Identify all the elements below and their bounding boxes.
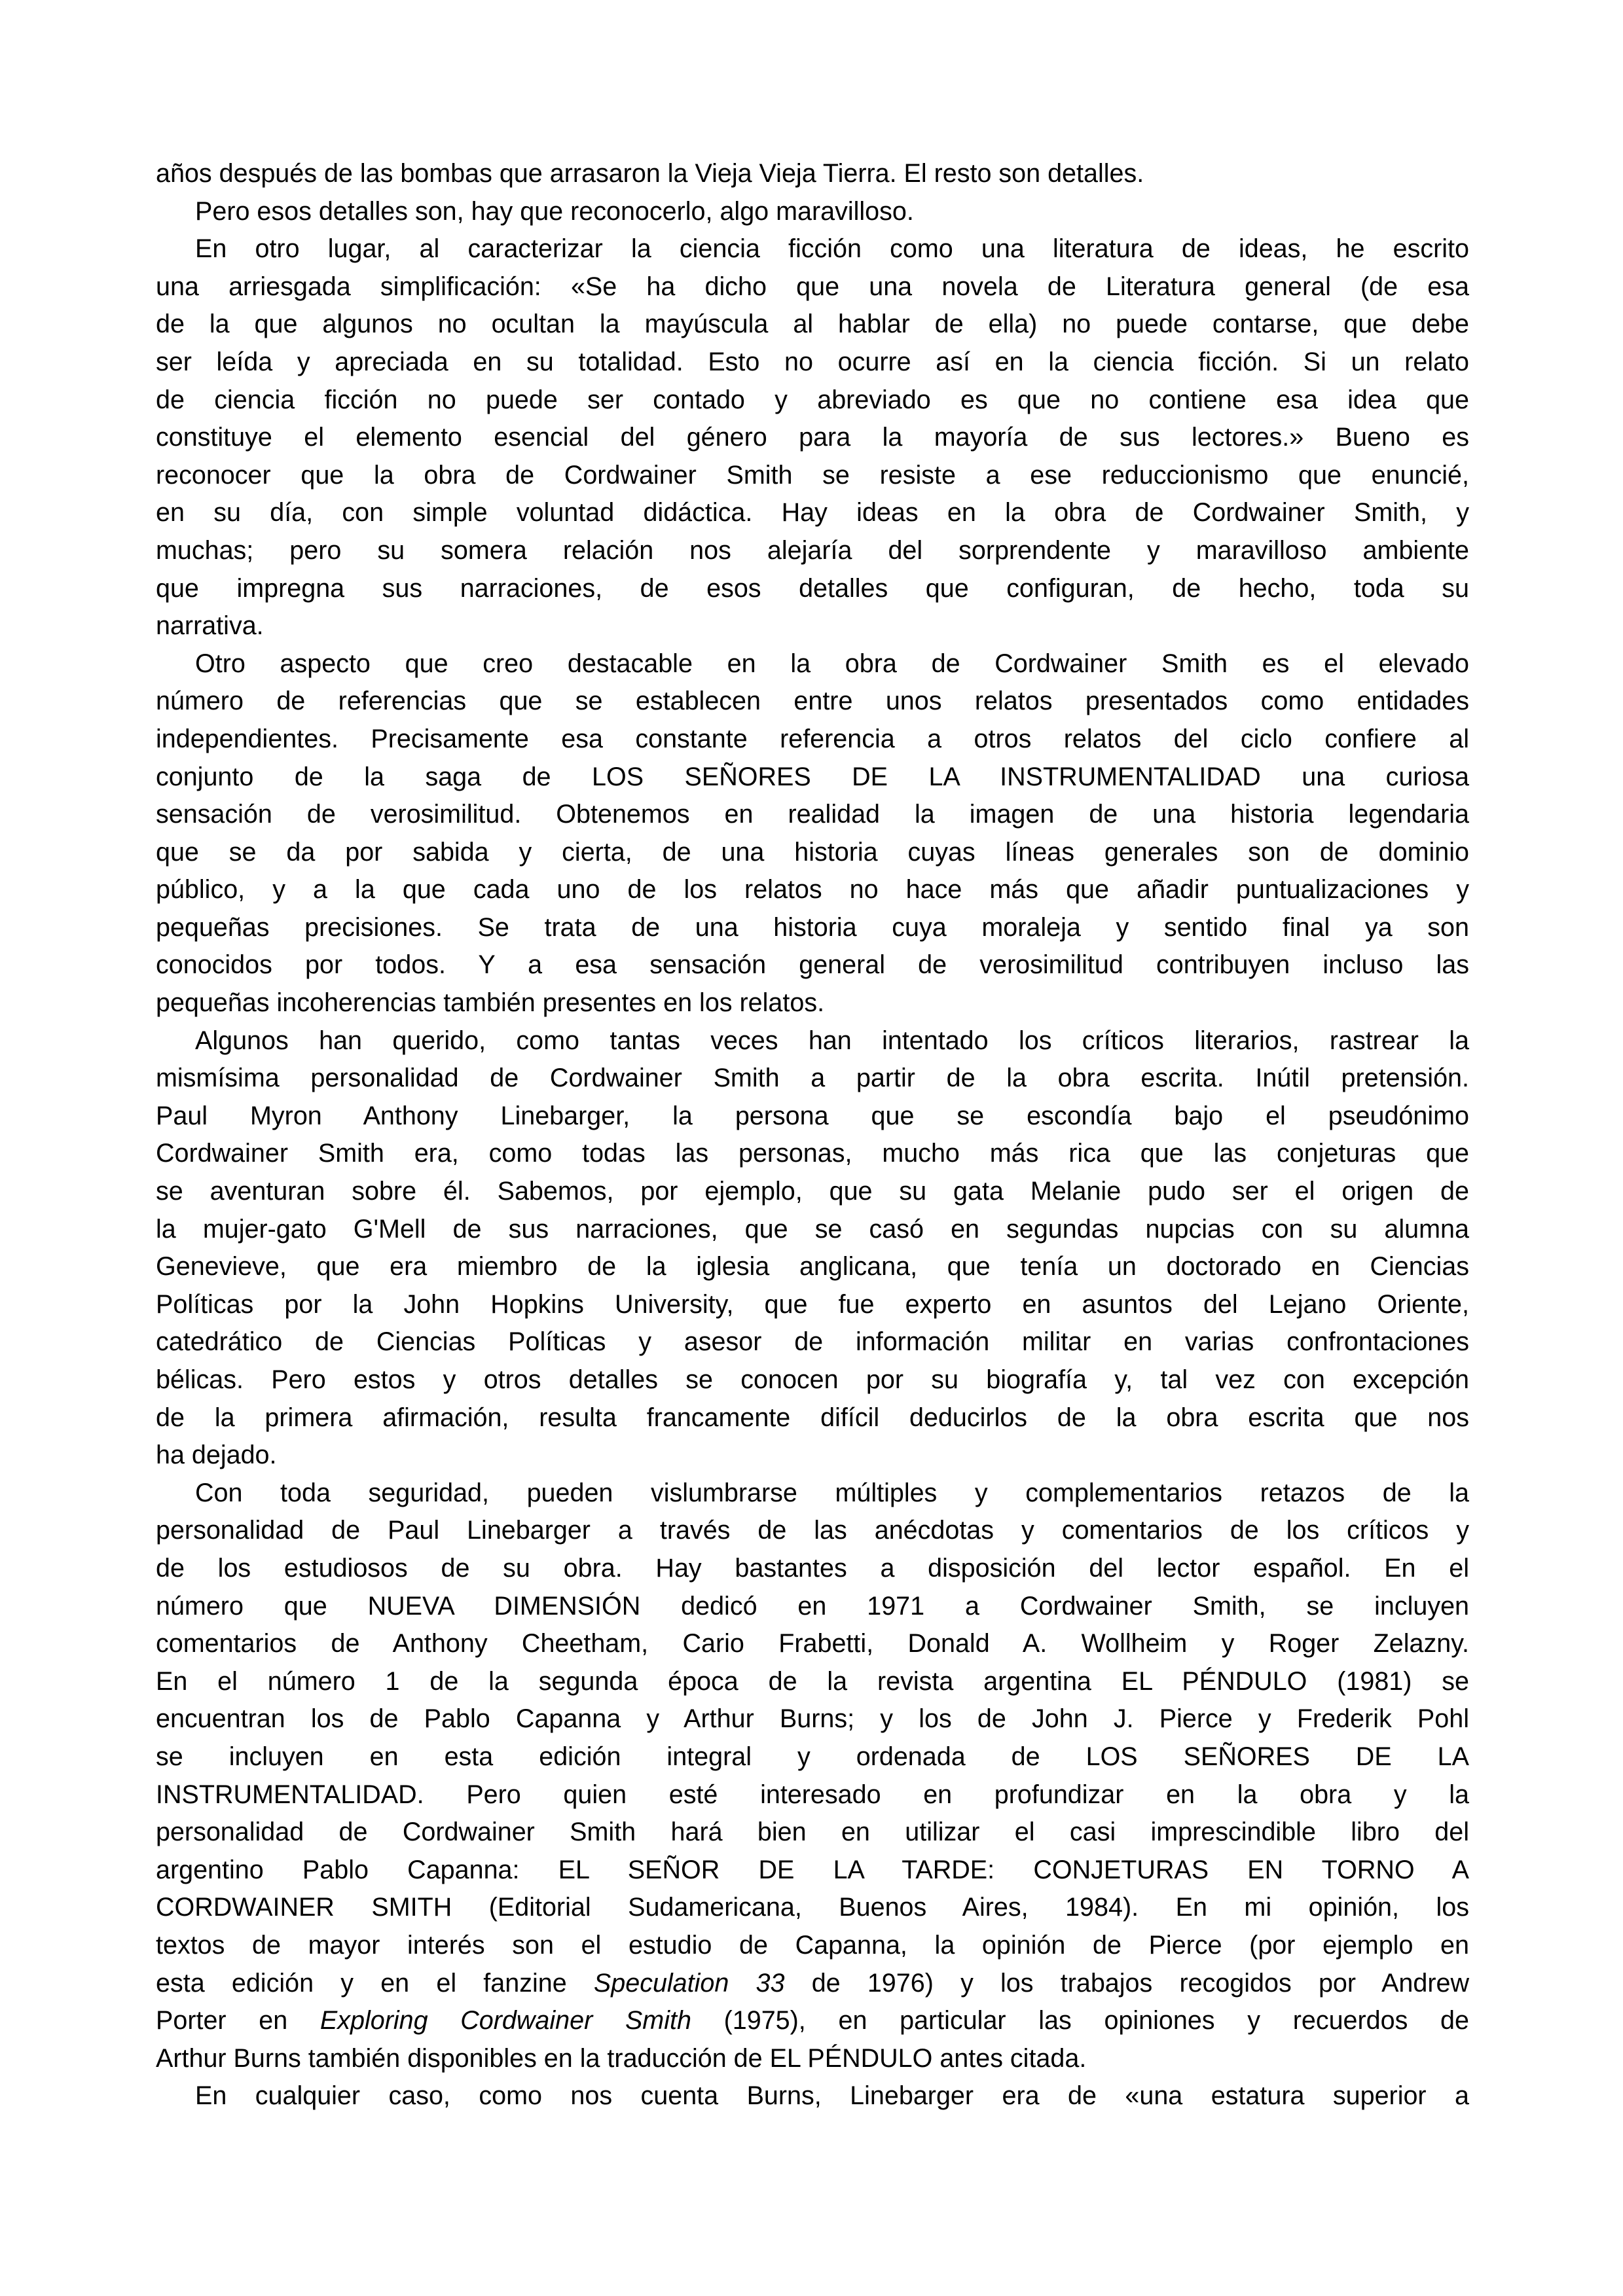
italic-title: Exploring Cordwainer Smith xyxy=(320,2006,691,2035)
text-line: textos de mayor interés son el estudio d… xyxy=(156,1927,1469,1965)
text-segment: Con toda seguridad, pueden vislumbrarse … xyxy=(195,1479,1469,1507)
text-segment: En el número 1 de la segunda época de la… xyxy=(156,1667,1469,1696)
text-line: en su día, con simple voluntad didáctica… xyxy=(156,494,1469,532)
text-line: de los estudiosos de su obra. Hay bastan… xyxy=(156,1550,1469,1588)
text-line: bélicas. Pero estos y otros detalles se … xyxy=(156,1361,1469,1399)
text-line: ser leída y apreciada en su totalidad. E… xyxy=(156,344,1469,382)
text-segment: Genevieve, que era miembro de la iglesia… xyxy=(156,1252,1469,1281)
text-segment: número de referencias que se establecen … xyxy=(156,687,1469,715)
text-segment: Políticas por la John Hopkins University… xyxy=(156,1290,1469,1319)
text-segment: bélicas. Pero estos y otros detalles se … xyxy=(156,1365,1469,1394)
document-page: años después de las bombas que arrasaron… xyxy=(156,155,1469,2115)
text-line: constituye el elemento esencial del géne… xyxy=(156,419,1469,457)
paragraph-first-line: En otro lugar, al caracterizar la cienci… xyxy=(156,230,1469,268)
text-line: conjunto de la saga de LOS SEÑORES DE LA… xyxy=(156,759,1469,797)
text-line: encuentran los de Pablo Capanna y Arthur… xyxy=(156,1700,1469,1738)
text-line: comentarios de Anthony Cheetham, Cario F… xyxy=(156,1625,1469,1663)
text-segment: (1975), en particular las opiniones y re… xyxy=(691,2006,1469,2035)
text-line: de la que algunos no ocultan la mayúscul… xyxy=(156,306,1469,344)
text-segment: En otro lugar, al caracterizar la cienci… xyxy=(195,234,1469,263)
text-line: personalidad de Cordwainer Smith hará bi… xyxy=(156,1814,1469,1852)
text-line: esta edición y en el fanzine Speculation… xyxy=(156,1965,1469,2003)
text-segment: Arthur Burns también disponibles en la t… xyxy=(156,2044,1086,2073)
text-segment: en su día, con simple voluntad didáctica… xyxy=(156,498,1469,527)
text-segment: Paul Myron Anthony Linebarger, la person… xyxy=(156,1102,1469,1130)
document-body: años después de las bombas que arrasaron… xyxy=(156,155,1469,2115)
text-segment: reconocer que la obra de Cordwainer Smit… xyxy=(156,461,1469,490)
text-line: Cordwainer Smith era, como todas las per… xyxy=(156,1135,1469,1173)
text-segment: Pero esos detalles son, hay que reconoce… xyxy=(195,197,914,226)
text-line: pequeñas precisiones. Se trata de una hi… xyxy=(156,909,1469,947)
text-line: público, y a la que cada uno de los rela… xyxy=(156,871,1469,909)
text-segment: se aventuran sobre él. Sabemos, por ejem… xyxy=(156,1177,1469,1206)
text-line: se incluyen en esta edición integral y o… xyxy=(156,1738,1469,1776)
text-line: años después de las bombas que arrasaron… xyxy=(156,155,1469,193)
text-segment: Porter en xyxy=(156,2006,320,2035)
text-line: una arriesgada simplificación: «Se ha di… xyxy=(156,268,1469,306)
text-line: número de referencias que se establecen … xyxy=(156,683,1469,721)
text-segment: público, y a la que cada uno de los rela… xyxy=(156,875,1469,904)
paragraph-first-line: Algunos han querido, como tantas veces h… xyxy=(156,1022,1469,1060)
text-segment: personalidad de Paul Linebarger a través… xyxy=(156,1516,1469,1545)
text-segment: se incluyen en esta edición integral y o… xyxy=(156,1742,1469,1771)
paragraph-first-line: En cualquier caso, como nos cuenta Burns… xyxy=(156,2077,1469,2115)
text-segment: encuentran los de Pablo Capanna y Arthur… xyxy=(156,1704,1469,1733)
text-segment: ha dejado. xyxy=(156,1441,277,1469)
text-segment: ser leída y apreciada en su totalidad. E… xyxy=(156,348,1469,376)
text-segment: años después de las bombas que arrasaron… xyxy=(156,159,1144,188)
text-segment: conjunto de la saga de LOS SEÑORES DE LA… xyxy=(156,762,1469,791)
text-segment: comentarios de Anthony Cheetham, Cario F… xyxy=(156,1629,1469,1658)
paragraph-first-line: Otro aspecto que creo destacable en la o… xyxy=(156,645,1469,683)
text-line: narrativa. xyxy=(156,607,1469,645)
text-segment: de los estudiosos de su obra. Hay bastan… xyxy=(156,1554,1469,1583)
text-line: personalidad de Paul Linebarger a través… xyxy=(156,1512,1469,1550)
text-segment: En cualquier caso, como nos cuenta Burns… xyxy=(195,2081,1469,2110)
text-segment: Algunos han querido, como tantas veces h… xyxy=(195,1026,1469,1055)
text-segment: catedrático de Ciencias Políticas y ases… xyxy=(156,1327,1469,1356)
text-segment: personalidad de Cordwainer Smith hará bi… xyxy=(156,1818,1469,1846)
text-segment: la mujer-gato G'Mell de sus narraciones,… xyxy=(156,1215,1469,1244)
text-line: pequeñas incoherencias también presentes… xyxy=(156,984,1469,1022)
text-line: mismísima personalidad de Cordwainer Smi… xyxy=(156,1060,1469,1098)
text-segment: pequeñas incoherencias también presentes… xyxy=(156,988,824,1017)
text-segment: que se da por sabida y cierta, de una hi… xyxy=(156,838,1469,867)
text-line: independientes. Precisamente esa constan… xyxy=(156,721,1469,759)
italic-title: Speculation 33 xyxy=(594,1969,785,1998)
text-segment: de la que algunos no ocultan la mayúscul… xyxy=(156,310,1469,338)
text-line: catedrático de Ciencias Políticas y ases… xyxy=(156,1323,1469,1361)
text-segment: de 1976) y los trabajos recogidos por An… xyxy=(784,1969,1469,1998)
text-line: de la primera afirmación, resulta franca… xyxy=(156,1399,1469,1437)
text-line: muchas; pero su somera relación nos alej… xyxy=(156,532,1469,570)
text-segment: textos de mayor interés son el estudio d… xyxy=(156,1931,1469,1960)
text-segment: pequeñas precisiones. Se trata de una hi… xyxy=(156,913,1469,942)
text-segment: mismísima personalidad de Cordwainer Smi… xyxy=(156,1064,1469,1092)
text-line: argentino Pablo Capanna: EL SEÑOR DE LA … xyxy=(156,1852,1469,1890)
text-segment: argentino Pablo Capanna: EL SEÑOR DE LA … xyxy=(156,1856,1469,1884)
text-segment: de ciencia ficción no puede ser contado … xyxy=(156,386,1469,414)
text-line: Genevieve, que era miembro de la iglesia… xyxy=(156,1248,1469,1286)
text-line: ha dejado. xyxy=(156,1437,1469,1475)
text-segment: INSTRUMENTALIDAD. Pero quien esté intere… xyxy=(156,1780,1469,1809)
text-line: Políticas por la John Hopkins University… xyxy=(156,1286,1469,1324)
text-line: la mujer-gato G'Mell de sus narraciones,… xyxy=(156,1211,1469,1249)
text-line: reconocer que la obra de Cordwainer Smit… xyxy=(156,457,1469,495)
text-segment: muchas; pero su somera relación nos alej… xyxy=(156,536,1469,565)
text-segment: una arriesgada simplificación: «Se ha di… xyxy=(156,272,1469,301)
text-segment: que impregna sus narraciones, de esos de… xyxy=(156,574,1469,603)
text-line: se aventuran sobre él. Sabemos, por ejem… xyxy=(156,1173,1469,1211)
text-line: En el número 1 de la segunda época de la… xyxy=(156,1663,1469,1701)
text-line: Arthur Burns también disponibles en la t… xyxy=(156,2040,1469,2078)
text-line: Porter en Exploring Cordwainer Smith (19… xyxy=(156,2002,1469,2040)
text-line: que se da por sabida y cierta, de una hi… xyxy=(156,834,1469,872)
text-line: que impregna sus narraciones, de esos de… xyxy=(156,570,1469,608)
paragraph-first-line: Pero esos detalles son, hay que reconoce… xyxy=(156,193,1469,231)
text-segment: Cordwainer Smith era, como todas las per… xyxy=(156,1139,1469,1168)
text-segment: de la primera afirmación, resulta franca… xyxy=(156,1403,1469,1432)
text-segment: conocidos por todos. Y a esa sensación g… xyxy=(156,950,1469,979)
text-segment: Otro aspecto que creo destacable en la o… xyxy=(195,649,1469,678)
text-segment: esta edición y en el fanzine xyxy=(156,1969,594,1998)
text-line: Paul Myron Anthony Linebarger, la person… xyxy=(156,1098,1469,1136)
text-line: sensación de verosimilitud. Obtenemos en… xyxy=(156,796,1469,834)
text-line: CORDWAINER SMITH (Editorial Sudamericana… xyxy=(156,1889,1469,1927)
text-segment: CORDWAINER SMITH (Editorial Sudamericana… xyxy=(156,1893,1469,1922)
text-segment: constituye el elemento esencial del géne… xyxy=(156,423,1469,452)
text-line: conocidos por todos. Y a esa sensación g… xyxy=(156,946,1469,984)
text-segment: independientes. Precisamente esa constan… xyxy=(156,725,1469,753)
text-line: número que NUEVA DIMENSIÓN dedicó en 197… xyxy=(156,1588,1469,1626)
text-segment: número que NUEVA DIMENSIÓN dedicó en 197… xyxy=(156,1592,1469,1621)
text-line: INSTRUMENTALIDAD. Pero quien esté intere… xyxy=(156,1776,1469,1814)
text-line: de ciencia ficción no puede ser contado … xyxy=(156,382,1469,420)
paragraph-first-line: Con toda seguridad, pueden vislumbrarse … xyxy=(156,1475,1469,1513)
text-segment: narrativa. xyxy=(156,611,264,640)
text-segment: sensación de verosimilitud. Obtenemos en… xyxy=(156,800,1469,829)
